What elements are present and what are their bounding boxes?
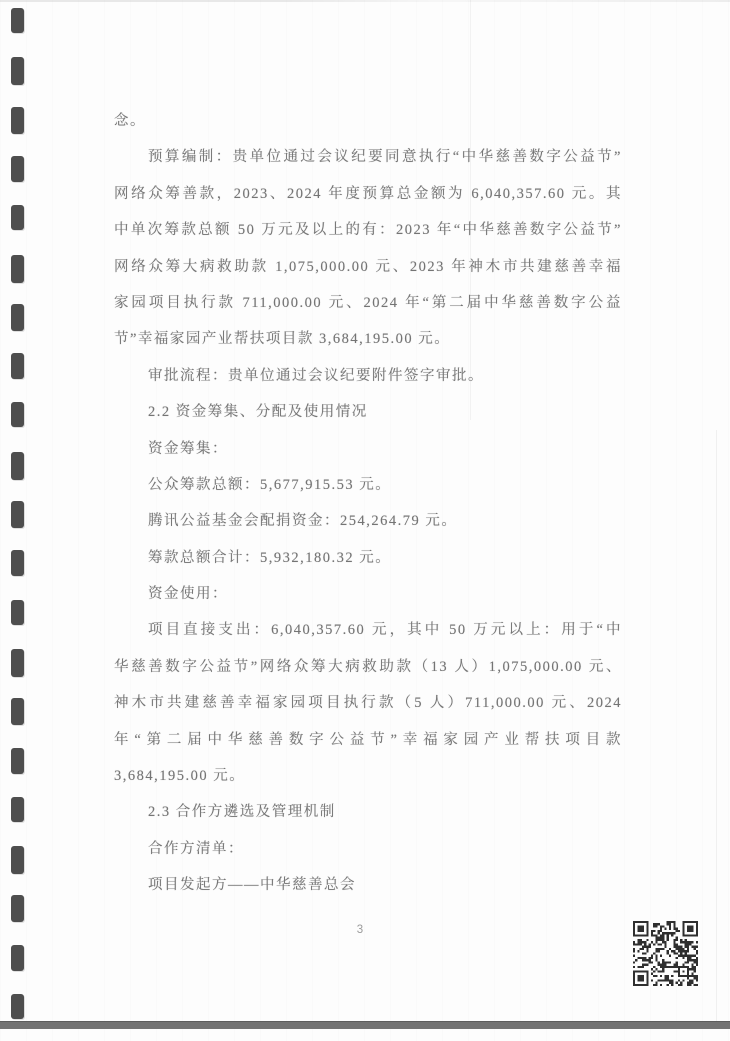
- text-line: 中单次筹款总额 50 万元及以上的有：2023 年“中华慈善数字公益节”: [114, 212, 622, 248]
- text-line: 家园项目执行款 711,000.00 元、2024 年“第二届中华慈善数字公益: [114, 285, 622, 321]
- scan-top-edge-line: [0, 0, 730, 2]
- binding-hole: [11, 304, 24, 331]
- text-line: 资金使用：: [114, 576, 622, 612]
- binding-hole: [11, 649, 24, 677]
- text-line: 审批流程：贵单位通过会议纪要附件签字审批。: [114, 358, 622, 394]
- binding-hole: [11, 600, 24, 625]
- binding-hole: [11, 501, 24, 528]
- binding-hole: [11, 797, 24, 822]
- text-line: 节”幸福家园产业帮扶项目款 3,684,195.00 元。: [114, 321, 622, 357]
- text-line: 项目发起方——中华慈善总会: [114, 867, 622, 903]
- text-line: 2.2 资金筹集、分配及使用情况: [114, 394, 622, 430]
- binding-hole: [11, 205, 24, 230]
- text-line: 神木市共建慈善幸福家园项目执行款（5 人）711,000.00 元、2024: [114, 685, 622, 721]
- document-text-block: 念。预算编制：贵单位通过会议纪要同意执行“中华慈善数字公益节”网络众筹善款，20…: [114, 103, 622, 904]
- text-line: 资金筹集：: [114, 431, 622, 467]
- page-number: 3: [352, 924, 368, 936]
- text-line: 项目直接支出：6,040,357.60 元，其中 50 万元以上：用于“中: [114, 612, 622, 648]
- text-line: 网络众筹善款，2023、2024 年度预算总金额为 6,040,357.60 元…: [114, 176, 622, 212]
- scan-artifact-line: [716, 430, 717, 1022]
- text-line: 公众筹款总额：5,677,915.53 元。: [114, 467, 622, 503]
- binding-hole: [11, 57, 24, 85]
- scanned-document-page: 念。预算编制：贵单位通过会议纪要同意执行“中华慈善数字公益节”网络众筹善款，20…: [0, 0, 730, 1041]
- text-line: 华慈善数字公益节”网络众筹大病救助款（13 人）1,075,000.00 元、: [114, 649, 622, 685]
- binding-hole: [11, 107, 24, 134]
- binding-hole: [11, 353, 24, 379]
- binding-hole: [11, 846, 24, 874]
- text-line: 筹款总额合计：5,932,180.32 元。: [114, 540, 622, 576]
- binding-hole: [11, 895, 24, 922]
- text-line: 网络众筹大病救助款 1,075,000.00 元、2023 年神木市共建慈善幸福: [114, 249, 622, 285]
- text-line: 念。: [114, 103, 622, 139]
- binding-hole: [11, 550, 24, 576]
- binding-hole: [11, 945, 24, 971]
- binding-hole: [11, 452, 24, 480]
- binding-hole: [11, 748, 24, 774]
- text-line: 预算编制：贵单位通过会议纪要同意执行“中华慈善数字公益节”: [114, 139, 622, 175]
- text-line: 年“第二届中华慈善数字公益节”幸福家园产业帮扶项目款: [114, 722, 622, 758]
- binding-hole: [11, 402, 24, 427]
- text-line: 3,684,195.00 元。: [114, 758, 622, 794]
- binding-hole: [11, 698, 24, 725]
- binding-hole: [11, 994, 24, 1019]
- text-line: 腾讯公益基金会配捐资金：254,264.79 元。: [114, 503, 622, 539]
- qr-code-icon: [633, 921, 698, 986]
- text-line: 2.3 合作方遴选及管理机制: [114, 794, 622, 830]
- text-line: 合作方清单：: [114, 831, 622, 867]
- scan-bottom-edge-bar: [0, 1021, 730, 1029]
- binding-hole: [11, 156, 24, 182]
- binding-hole: [11, 8, 24, 33]
- binding-holes: [0, 0, 40, 1041]
- binding-hole: [11, 255, 24, 283]
